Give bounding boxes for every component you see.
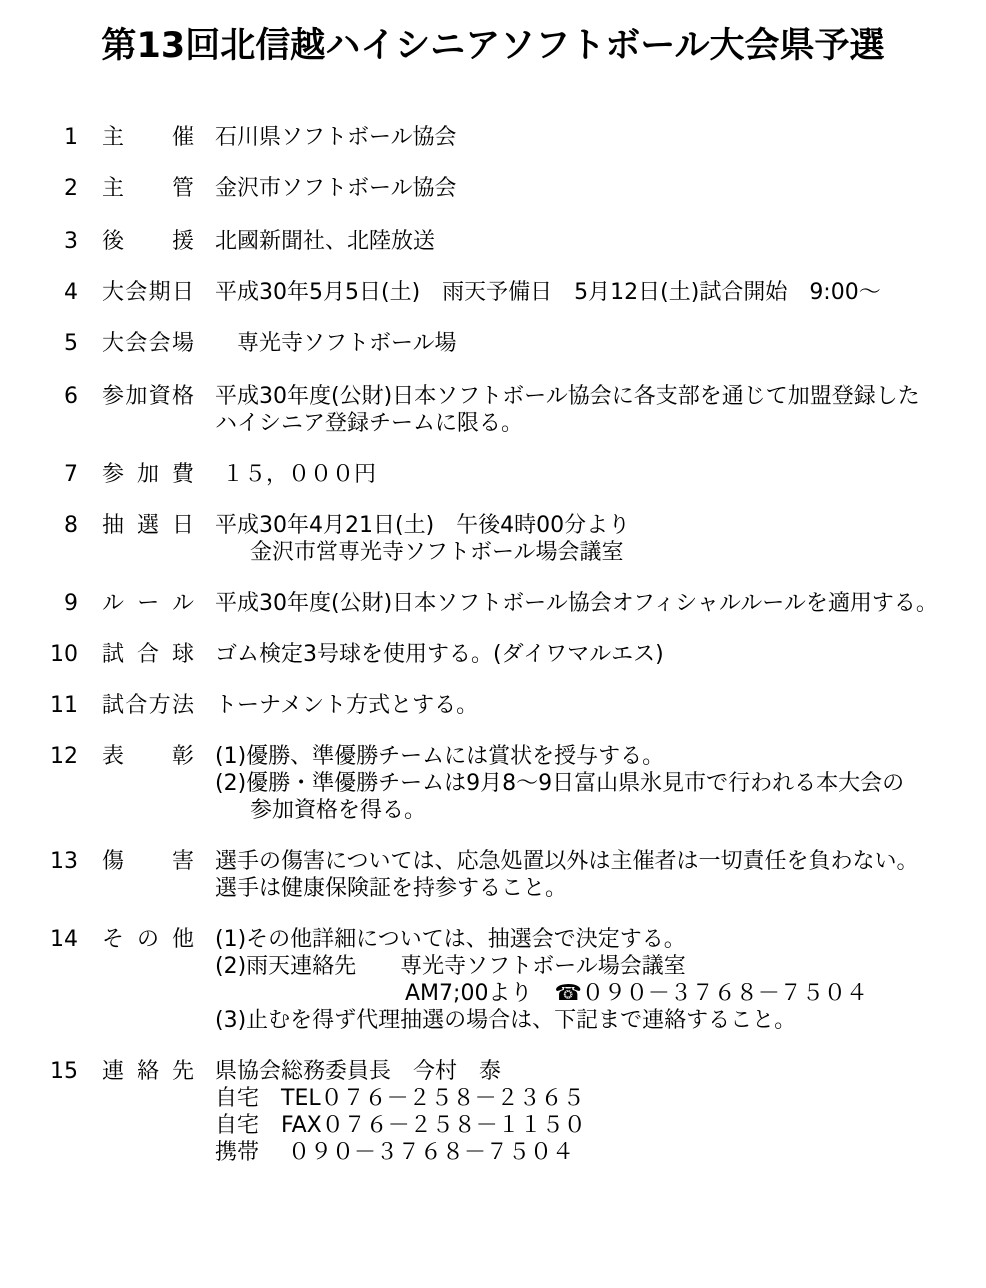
item-content: (1)優勝、準優勝チームには賞状を授与する。(2)優勝・準優勝チームは9月8～9… (215, 743, 986, 824)
content-line: (3)止むを得ず代理抽選の場合は、下記まで連絡すること。 (215, 1007, 986, 1034)
item-label: 参加費 (102, 461, 194, 488)
item-row: 5大会会場 専光寺ソフトボール場 (0, 330, 986, 357)
content-line: 北國新聞社、北陸放送 (215, 228, 986, 255)
item-content: 北國新聞社、北陸放送 (215, 228, 986, 255)
item-number: 12 (0, 743, 78, 770)
content-line: 専光寺ソフトボール場 (215, 330, 986, 357)
content-line: 金沢市営専光寺ソフトボール場会議室 (215, 539, 986, 566)
content-line: 平成30年5月5日(土) 雨天予備日 5月12日(土)試合開始 9:00～ (215, 279, 986, 306)
item-content: トーナメント方式とする。 (215, 692, 986, 719)
item-number: 7 (0, 461, 78, 488)
item-label: ルール (102, 590, 194, 617)
item-content: １５，０００円 (215, 461, 986, 488)
content-line: ゴム検定3号球を使用する。(ダイワマルエス) (215, 641, 986, 668)
item-content: 平成30年4月21日(土) 午後4時00分より金沢市営専光寺ソフトボール場会議室 (215, 512, 986, 566)
item-content: (1)その他詳細については、抽選会で決定する。(2)雨天連絡先 専光寺ソフトボー… (215, 926, 986, 1034)
item-content: 専光寺ソフトボール場 (215, 330, 986, 357)
item-number: 8 (0, 512, 78, 539)
document-page: 第13回北信越ハイシニアソフトボール大会県予選 1主催石川県ソフトボール協会2主… (0, 24, 986, 1166)
line-text: ０９０－３７６８－７５０４ (582, 981, 868, 1006)
item-label: その他 (102, 926, 194, 953)
item-content: 平成30年5月5日(土) 雨天予備日 5月12日(土)試合開始 9:00～ (215, 279, 986, 306)
item-row: 7参加費 １５，０００円 (0, 461, 986, 488)
item-row: 13傷害選手の傷害については、応急処置以外は主催者は一切責任を負わない。選手は健… (0, 848, 986, 902)
item-number: 11 (0, 692, 78, 719)
content-line: (1)優勝、準優勝チームには賞状を授与する。 (215, 743, 986, 770)
item-row: 11試合方法トーナメント方式とする。 (0, 692, 986, 719)
item-number: 1 (0, 124, 78, 151)
content-line: １５，０００円 (215, 461, 986, 488)
item-number: 9 (0, 590, 78, 617)
item-content: 平成30年度(公財)日本ソフトボール協会オフィシャルルールを適用する。 (215, 590, 986, 617)
content-line: 平成30年度(公財)日本ソフトボール協会に各支部を通じて加盟登録した (215, 383, 986, 410)
item-label: 大会会場 (102, 330, 194, 357)
item-label: 主催 (102, 124, 194, 151)
item-content: 金沢市ソフトボール協会 (215, 175, 986, 202)
content-line: ハイシニア登録チームに限る。 (215, 410, 986, 437)
item-row: 12表彰(1)優勝、準優勝チームには賞状を授与する。(2)優勝・準優勝チームは9… (0, 743, 986, 824)
item-content: 選手の傷害については、応急処置以外は主催者は一切責任を負わない。選手は健康保険証… (215, 848, 986, 902)
item-number: 14 (0, 926, 78, 953)
items-list: 1主催石川県ソフトボール協会2主管金沢市ソフトボール協会3後援北國新聞社、北陸放… (0, 124, 986, 1166)
item-number: 3 (0, 228, 78, 255)
item-row: 10試合球ゴム検定3号球を使用する。(ダイワマルエス) (0, 641, 986, 668)
content-line: 自宅 FAX０７６－２５８－１１５０ (215, 1112, 986, 1139)
line-text: AM7;00より (405, 981, 554, 1006)
item-number: 2 (0, 175, 78, 202)
item-row: 4大会期日平成30年5月5日(土) 雨天予備日 5月12日(土)試合開始 9:0… (0, 279, 986, 306)
content-line: 石川県ソフトボール協会 (215, 124, 986, 151)
item-content: 県協会総務委員長 今村 泰自宅 TEL０７６－２５８－２３６５自宅 FAX０７６… (215, 1058, 986, 1166)
item-label: 参加資格 (102, 383, 194, 410)
item-row: 1主催石川県ソフトボール協会 (0, 124, 986, 151)
item-row: 6参加資格平成30年度(公財)日本ソフトボール協会に各支部を通じて加盟登録したハ… (0, 383, 986, 437)
item-label: 試合方法 (102, 692, 194, 719)
item-label: 大会期日 (102, 279, 194, 306)
content-line: (2)雨天連絡先 専光寺ソフトボール場会議室 (215, 953, 986, 980)
item-label: 表彰 (102, 743, 194, 770)
content-line: (2)優勝・準優勝チームは9月8～9日富山県氷見市で行われる本大会の (215, 770, 986, 797)
item-label: 抽選日 (102, 512, 194, 539)
content-line: 選手は健康保険証を持参すること。 (215, 875, 986, 902)
item-label: 主管 (102, 175, 194, 202)
content-line: (1)その他詳細については、抽選会で決定する。 (215, 926, 986, 953)
item-number: 5 (0, 330, 78, 357)
item-number: 13 (0, 848, 78, 875)
content-line: 金沢市ソフトボール協会 (215, 175, 986, 202)
content-line: トーナメント方式とする。 (215, 692, 986, 719)
phone-icon: ☎ (554, 981, 581, 1006)
item-number: 15 (0, 1058, 78, 1085)
content-line: 県協会総務委員長 今村 泰 (215, 1058, 986, 1085)
item-content: 石川県ソフトボール協会 (215, 124, 986, 151)
content-line: 選手の傷害については、応急処置以外は主催者は一切責任を負わない。 (215, 848, 986, 875)
item-label: 傷害 (102, 848, 194, 875)
content-line: 平成30年度(公財)日本ソフトボール協会オフィシャルルールを適用する。 (215, 590, 986, 617)
item-content: ゴム検定3号球を使用する。(ダイワマルエス) (215, 641, 986, 668)
item-number: 6 (0, 383, 78, 410)
item-number: 10 (0, 641, 78, 668)
content-line: 参加資格を得る。 (215, 797, 986, 824)
item-row: 15連絡先県協会総務委員長 今村 泰自宅 TEL０７６－２５８－２３６５自宅 F… (0, 1058, 986, 1166)
item-row: 9ルール平成30年度(公財)日本ソフトボール協会オフィシャルルールを適用する。 (0, 590, 986, 617)
item-number: 4 (0, 279, 78, 306)
content-line: AM7;00より ☎０９０－３７６８－７５０４ (215, 980, 986, 1007)
item-row: 14その他(1)その他詳細については、抽選会で決定する。(2)雨天連絡先 専光寺… (0, 926, 986, 1034)
content-line: 自宅 TEL０７６－２５８－２３６５ (215, 1085, 986, 1112)
item-row: 2主管金沢市ソフトボール協会 (0, 175, 986, 202)
item-label: 後援 (102, 228, 194, 255)
page-title: 第13回北信越ハイシニアソフトボール大会県予選 (0, 24, 986, 68)
item-content: 平成30年度(公財)日本ソフトボール協会に各支部を通じて加盟登録したハイシニア登… (215, 383, 986, 437)
item-row: 3後援北國新聞社、北陸放送 (0, 228, 986, 255)
content-line: 携帯 ０９０－３７６８－７５０４ (215, 1139, 986, 1166)
item-row: 8抽選日平成30年4月21日(土) 午後4時00分より金沢市営専光寺ソフトボール… (0, 512, 986, 566)
item-label: 連絡先 (102, 1058, 194, 1085)
content-line: 平成30年4月21日(土) 午後4時00分より (215, 512, 986, 539)
item-label: 試合球 (102, 641, 194, 668)
